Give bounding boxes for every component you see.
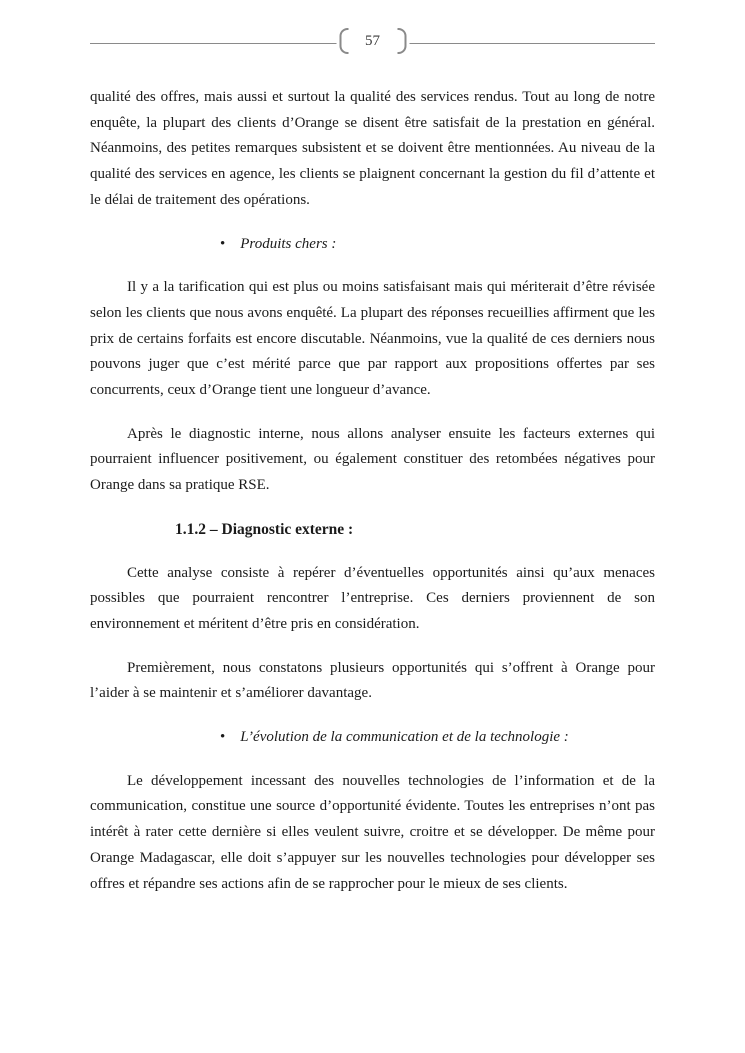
body-paragraph: Il y a la tarification qui est plus ou m… — [90, 275, 655, 404]
bullet-item-label: Produits chers : — [240, 232, 336, 258]
body-paragraph: Cette analyse consiste à repérer d’évent… — [90, 561, 655, 638]
body-paragraph: Premièrement, nous constatons plusieurs … — [90, 656, 655, 707]
bullet-item: • Produits chers : — [220, 232, 655, 258]
bullet-item: • L’évolution de la communication et de … — [220, 725, 655, 751]
left-bracket-icon — [339, 28, 348, 54]
body-paragraph: qualité des offres, mais aussi et surtou… — [90, 85, 655, 214]
bullet-marker-icon: • — [220, 232, 225, 258]
section-heading: 1.1.2 – Diagnostic externe : — [175, 517, 655, 543]
page-header: 57 — [0, 0, 745, 70]
page-body: qualité des offres, mais aussi et surtou… — [90, 85, 655, 915]
page-number-ornament: 57 — [336, 28, 409, 54]
body-paragraph: Le développement incessant des nouvelles… — [90, 769, 655, 898]
bullet-item-label: L’évolution de la communication et de la… — [240, 725, 569, 751]
page-number: 57 — [365, 28, 380, 54]
bullet-marker-icon: • — [220, 725, 225, 751]
body-paragraph: Après le diagnostic interne, nous allons… — [90, 422, 655, 499]
right-bracket-icon — [397, 28, 406, 54]
document-page: 57 qualité des offres, mais aussi et sur… — [0, 0, 745, 1053]
